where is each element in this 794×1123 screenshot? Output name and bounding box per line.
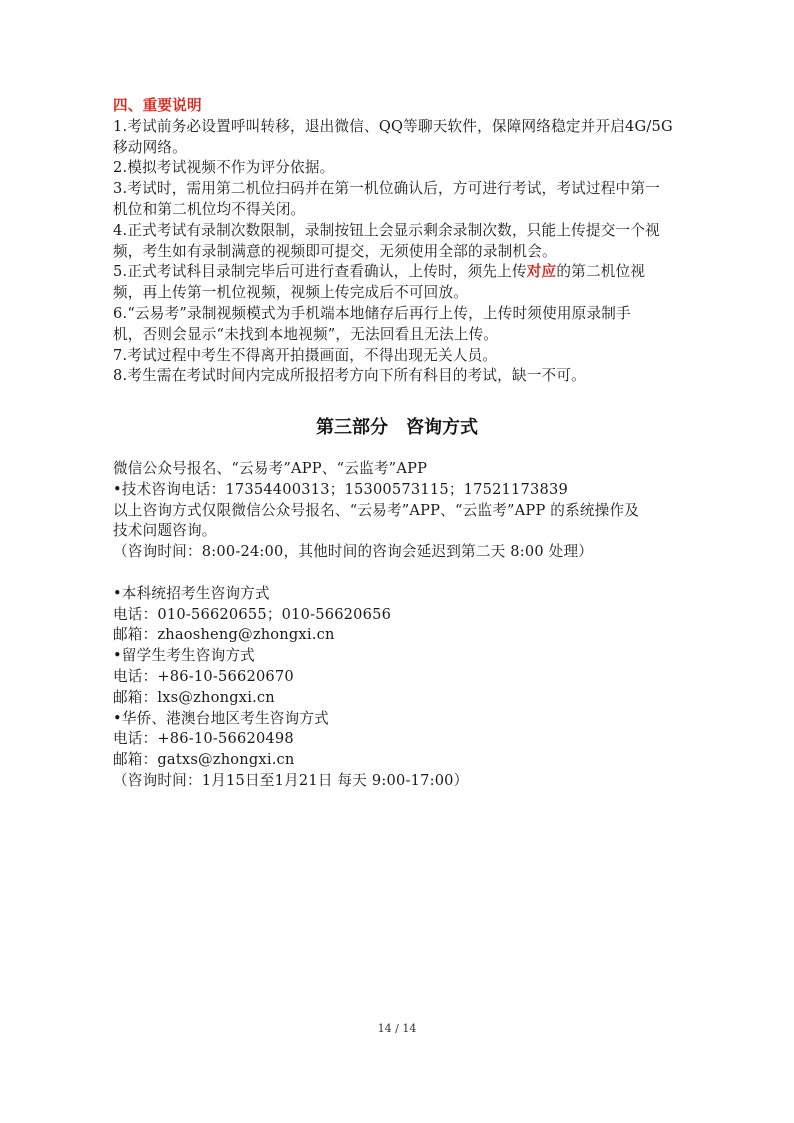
- group-undergrad-title: •本科统招考生咨询方式: [113, 584, 713, 605]
- note-item-8: 8.考生需在考试时间内完成所报招考方向下所有科目的考试，缺一不可。: [113, 366, 713, 387]
- note-item-5-text-before: 5.正式考试科目录制完毕后可进行查看确认，上传时，须先上传: [113, 263, 527, 280]
- scope-line-2: 技术问题咨询。: [113, 521, 713, 542]
- group-hmt-phone: 电话：+86-10-56620498: [113, 729, 713, 750]
- section-title-important-notes: 四、重要说明: [113, 96, 713, 117]
- tech-phone-line: •技术咨询电话：17354400313；15300573115；17521173…: [113, 480, 713, 501]
- group-hmt-email: 邮箱：gatxs@zhongxi.cn: [113, 750, 713, 771]
- group-intl-title: •留学生考生咨询方式: [113, 646, 713, 667]
- note-item-3-line-1: 3.考试时，需用第二机位扫码并在第一机位确认后，方可进行考试，考试过程中第一: [113, 179, 713, 200]
- note-item-5-line-2: 频，再上传第一机位视频，视频上传完成后不可回放。: [113, 283, 713, 304]
- note-item-1-line-2: 移动网络。: [113, 138, 713, 159]
- consultation-section: 微信公众号报名、“云易考”APP、“云监考”APP •技术咨询电话：173544…: [113, 459, 713, 792]
- note-item-2: 2.模拟考试视频不作为评分依据。: [113, 158, 713, 179]
- page-number: 14 / 14: [0, 1022, 794, 1035]
- scope-line-1: 以上咨询方式仅限微信公众号报名、“云易考”APP、“云监考”APP 的系统操作及: [113, 501, 713, 522]
- note-item-7: 7.考试过程中考生不得离开拍摄画面，不得出现无关人员。: [113, 346, 713, 367]
- group-intl-phone: 电话：+86-10-56620670: [113, 667, 713, 688]
- spacer: [113, 563, 713, 584]
- note-item-1-line-1: 1.考试前务必设置呼叫转移，退出微信、QQ等聊天软件，保障网络稳定并开启4G/5…: [113, 117, 713, 138]
- note-item-3-line-2: 机位和第二机位均不得关闭。: [113, 200, 713, 221]
- group-undergrad-email: 邮箱：zhaosheng@zhongxi.cn: [113, 625, 713, 646]
- note-item-5-line-1: 5.正式考试科目录制完毕后可进行查看确认，上传时，须先上传对应的第二机位视: [113, 262, 713, 283]
- note-item-4-line-2: 频，考生如有录制满意的视频即可提交，无须使用全部的录制机会。: [113, 242, 713, 263]
- group-undergrad-phone: 电话：010-56620655；010-56620656: [113, 605, 713, 626]
- important-notes-section: 四、重要说明 1.考试前务必设置呼叫转移，退出微信、QQ等聊天软件，保障网络稳定…: [113, 96, 713, 387]
- note-item-6-line-2: 机，否则会显示“未找到本地视频”，无法回看且无法上传。: [113, 325, 713, 346]
- group-hmt-title: •华侨、港澳台地区考生咨询方式: [113, 709, 713, 730]
- note-item-6-line-1: 6.“云易考”录制视频模式为手机端本地储存后再行上传，上传时须使用原录制手: [113, 304, 713, 325]
- consultation-hours-line: （咨询时间：1月15日至1月21日 每天 9:00-17:00）: [113, 771, 713, 792]
- section-heading-consultation: 第三部分 咨询方式: [0, 415, 794, 441]
- note-item-4-line-1: 4.正式考试有录制次数限制，录制按钮上会显示剩余录制次数，只能上传提交一个视: [113, 221, 713, 242]
- platforms-line: 微信公众号报名、“云易考”APP、“云监考”APP: [113, 459, 713, 480]
- note-item-5-text-after: 的第二机位视: [556, 263, 645, 280]
- group-intl-email: 邮箱：lxs@zhongxi.cn: [113, 688, 713, 709]
- tech-hours-line: （咨询时间：8:00-24:00，其他时间的咨询会延迟到第二天 8:00 处理）: [113, 542, 713, 563]
- note-item-5-highlight: 对应: [527, 263, 557, 280]
